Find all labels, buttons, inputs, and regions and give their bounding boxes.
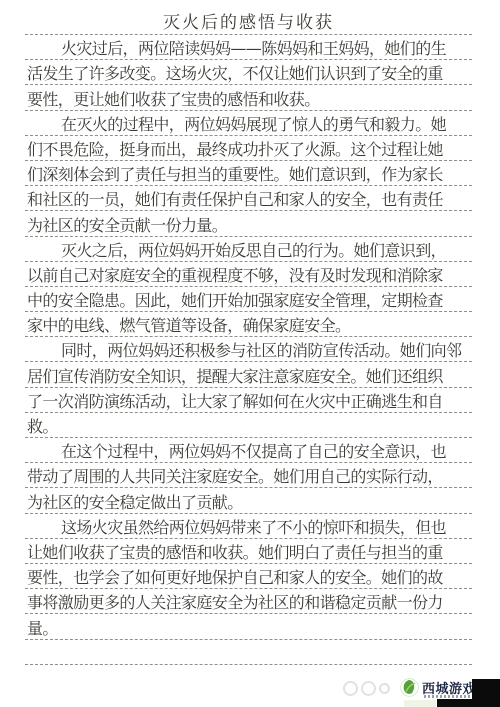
text-line: 同时，两位妈妈还积极参与社区的消防宣传活动。她们向邻 [25, 337, 472, 362]
text-line: 活发生了许多改变。这场火灾，不仅让她们认识到了安全的重 [25, 60, 472, 85]
text-line: 中的安全隐患。因此，她们开始加强家庭安全管理，定期检查 [25, 287, 472, 312]
text-line: 和社区的一员，她们有责任保护自己和家人的安全，也有责任 [25, 186, 472, 211]
text-line: 为社区的安全稳定做出了贡献。 [25, 488, 472, 513]
text-line: 居们宣传消防安全知识，提醒大家注意家庭安全。她们还组织 [25, 362, 472, 387]
text-line: 要性，更让她们收获了宝贵的感悟和收获。 [25, 85, 472, 110]
text-line: 救。 [25, 413, 472, 438]
text-line: 家中的电线、燃气管道等设备，确保家庭安全。 [25, 312, 472, 337]
ghost-watermark [343, 676, 401, 700]
leaf-logo-icon [400, 678, 419, 697]
text-line: 这场火灾虽然给两位妈妈带来了不小的惊吓和损失，但也 [25, 514, 472, 539]
text-line: 火灾过后，两位陪读妈妈——陈妈妈和王妈妈，她们的生 [25, 35, 472, 60]
handwritten-essay-page: 灭火后的感悟与收获 火灾过后，两位陪读妈妈——陈妈妈和王妈妈，她们的生 活发生了… [0, 0, 500, 707]
text-line: 事将激励更多的人关注家庭安全为社区的和谐稳定贡献一份力 [25, 589, 472, 614]
page-title: 灭火后的感悟与收获 [163, 12, 334, 34]
text-line: 要性，也学会了如何更好地保护自己和家人的安全。她们的故 [25, 564, 472, 589]
empty-ruled-line [25, 640, 472, 665]
ruled-writing-area: 灭火后的感悟与收获 火灾过后，两位陪读妈妈——陈妈妈和王妈妈，她们的生 活发生了… [25, 10, 472, 665]
ghost-circle-icon [379, 683, 390, 694]
badge-green-tint [404, 700, 436, 707]
text-line: 们深刻体会到了责任与担当的重要性。她们意识到，作为家长 [25, 161, 472, 186]
text-line: 在灭火的过程中，两位妈妈展现了惊人的勇气和毅力。她 [25, 111, 472, 136]
black-corner-block [472, 679, 500, 707]
text-line: 量。 [25, 614, 472, 639]
text-line: 为社区的安全贡献一份力量。 [25, 211, 472, 236]
ghost-circle-icon [343, 681, 358, 696]
text-line: 了一次消防演练活动，让大家了解如何在火灾中正确逃生和自 [25, 388, 472, 413]
site-tagline-strip [424, 695, 470, 698]
text-line: 们不畏危险，挺身而出，最终成功扑灭了火源。这个过程让她 [25, 136, 472, 161]
text-line: 灭火之后，两位妈妈开始反思自己的行为。她们意识到， [25, 237, 472, 262]
text-line: 以前自己对家庭安全的重视程度不够，没有及时发现和消除家 [25, 262, 472, 287]
text-line: 让她们收获了宝贵的感悟和收获。她们明白了责任与担当的重 [25, 539, 472, 564]
title-row: 灭火后的感悟与收获 [25, 10, 472, 35]
text-line: 带动了周围的人共同关注家庭安全。她们用自己的实际行动， [25, 463, 472, 488]
text-line: 在这个过程中，两位妈妈不仅提高了自己的安全意识，也 [25, 438, 472, 463]
ghost-circle-icon [361, 681, 376, 696]
